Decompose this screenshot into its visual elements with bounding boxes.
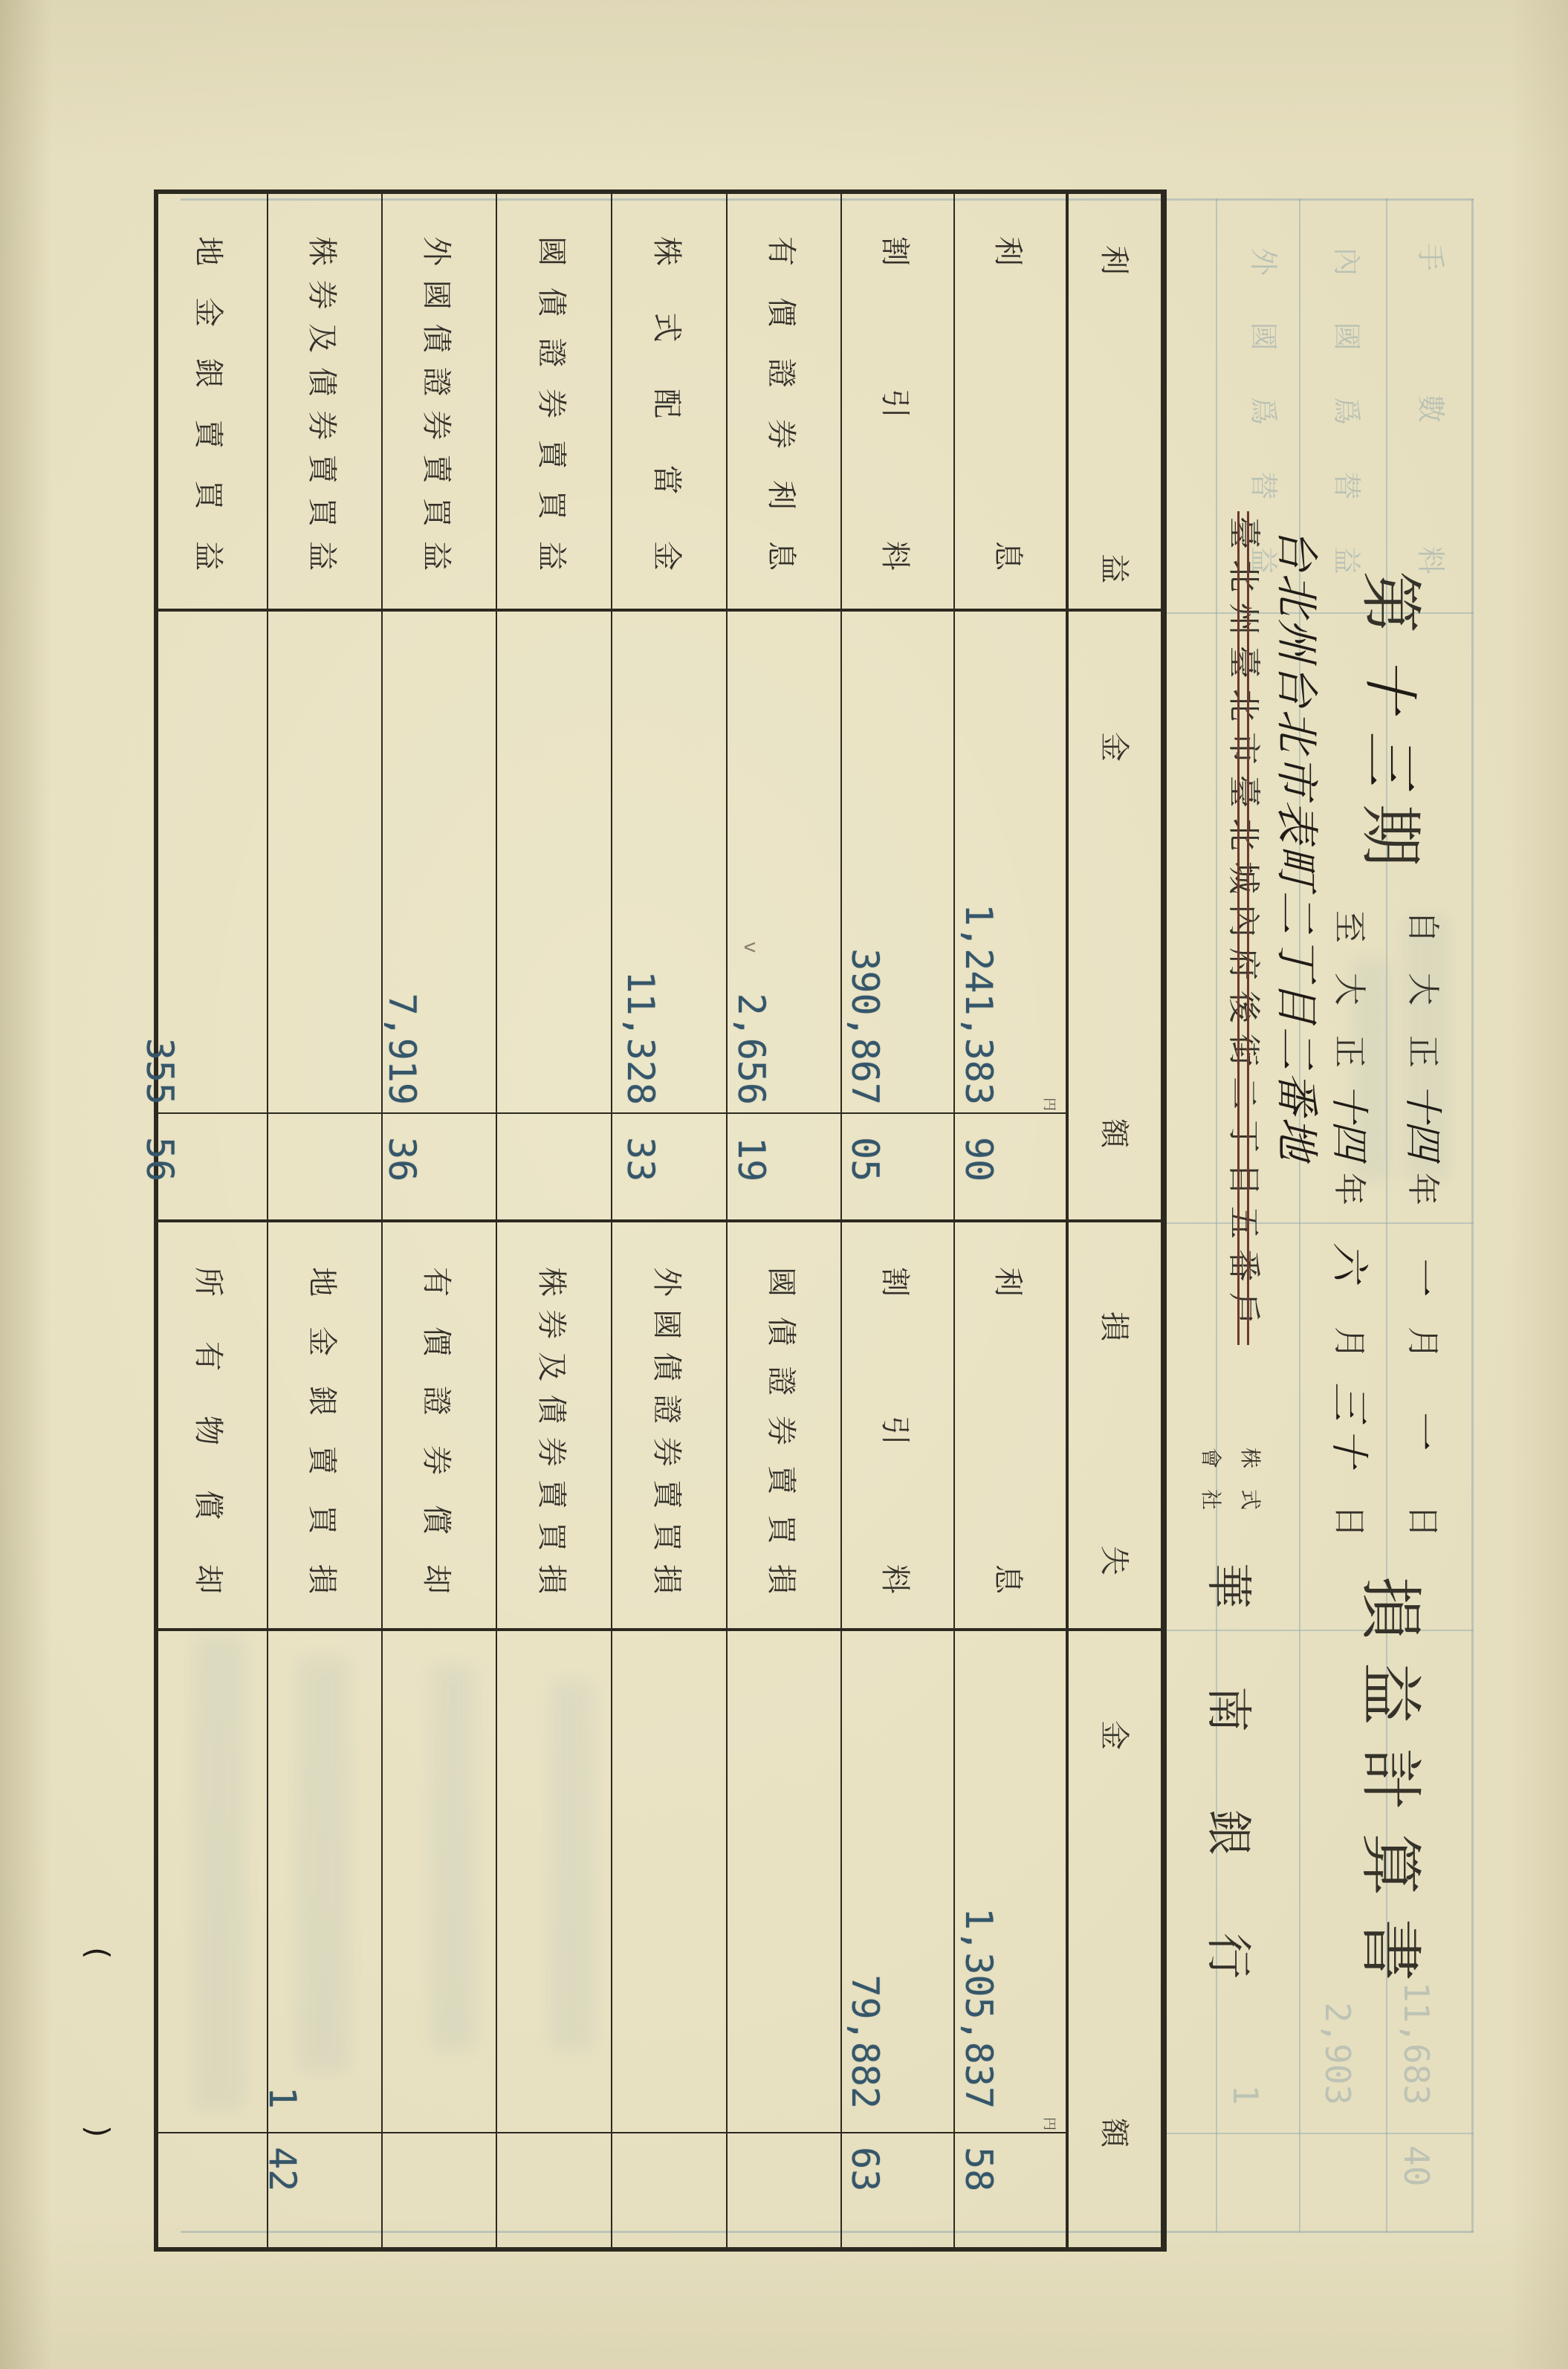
char: 式 bbox=[648, 313, 690, 343]
date-to-day-unit: 日 bbox=[1332, 1505, 1365, 1537]
document-title: 損益計算書 bbox=[1359, 1577, 1422, 2004]
loss-item: 外國債證券賣買損 bbox=[612, 1267, 727, 1594]
loss-amount-sen: 42 bbox=[264, 2147, 301, 2191]
char: 當 bbox=[648, 465, 690, 495]
char: 國 bbox=[648, 1309, 690, 1339]
char: 券 bbox=[533, 389, 575, 418]
page-bracket-close: ) bbox=[82, 2125, 113, 2137]
char: 息 bbox=[990, 541, 1032, 571]
profit-amount-sen: 33 bbox=[622, 1137, 659, 1182]
char: 賣 bbox=[533, 1480, 575, 1509]
char: 金 bbox=[304, 1326, 346, 1356]
date-to-month-unit: 月 bbox=[1332, 1326, 1365, 1359]
char: 賣 bbox=[304, 454, 346, 484]
char: 配 bbox=[648, 389, 690, 418]
char: 數 bbox=[1416, 395, 1445, 423]
profit-amount-yen: 2,656 bbox=[733, 993, 770, 1105]
table-row: 國債證券賣買益 株券及債券賣買損 bbox=[496, 189, 612, 2252]
char: 證 bbox=[418, 367, 461, 397]
char: 買 bbox=[648, 1522, 690, 1552]
char: 買 bbox=[533, 490, 575, 520]
char: 料 bbox=[877, 1564, 919, 1594]
char: 金 bbox=[189, 297, 232, 327]
char: 國 bbox=[418, 280, 461, 310]
char: 債 bbox=[533, 287, 575, 317]
scanned-page: 手數料 內國爲替益 外國爲替益 11,683 40 2,903 1 第 十三 期… bbox=[0, 0, 1568, 2369]
char: 有 bbox=[189, 1341, 232, 1371]
char: 債 bbox=[648, 1352, 690, 1381]
char: 券 bbox=[304, 410, 346, 440]
address-printed-struck: 臺北州臺北市臺北城內府後街二丁目五番戶 bbox=[1227, 516, 1260, 1335]
loss-item: 所有物償却 bbox=[154, 1267, 268, 1594]
profit-item: 割引料 bbox=[841, 236, 954, 571]
char: 券 bbox=[763, 419, 806, 449]
char: 證 bbox=[648, 1394, 690, 1424]
char: 證 bbox=[418, 1386, 461, 1416]
char: 損 bbox=[648, 1564, 690, 1594]
profit-item: 有價證券利息 bbox=[727, 236, 841, 571]
char: 買 bbox=[304, 1505, 346, 1534]
char: 手 bbox=[1416, 243, 1445, 271]
char: 株 bbox=[648, 236, 690, 266]
char: 買 bbox=[304, 497, 346, 527]
char: 內 bbox=[1332, 247, 1361, 276]
char: 買 bbox=[418, 497, 461, 527]
loss-item: 有價證券償却 bbox=[382, 1267, 496, 1594]
page-bracket-open: ( bbox=[82, 1947, 113, 1959]
char: 償 bbox=[189, 1490, 232, 1520]
profit-amount-sen: 36 bbox=[383, 1137, 421, 1182]
table-row: 利息 1,241,383 90 利息 1,305,837 58 bbox=[954, 189, 1067, 2252]
ghost-rule bbox=[1471, 198, 1474, 2232]
char: 債 bbox=[418, 323, 461, 353]
strikethrough-line bbox=[1248, 511, 1250, 1345]
date-to-year-unit: 年 bbox=[1332, 1173, 1365, 1205]
ghost-rule bbox=[1167, 2133, 1474, 2134]
date-to-month: 六 bbox=[1329, 1242, 1368, 1281]
date-from-month: 一 bbox=[1403, 1254, 1442, 1293]
table-row: 割引料 390,867 05 割引料 79,882 63 bbox=[841, 189, 954, 2252]
char: 償 bbox=[418, 1505, 461, 1534]
char: 券 bbox=[763, 1416, 806, 1445]
char: 券 bbox=[418, 1445, 461, 1475]
char: 債 bbox=[304, 367, 346, 397]
date-from-month-unit: 月 bbox=[1406, 1326, 1439, 1359]
profit-amount-sen: 19 bbox=[733, 1137, 770, 1182]
profit-amount-sen: 90 bbox=[960, 1137, 997, 1182]
char: 却 bbox=[189, 1564, 232, 1594]
char: 爲 bbox=[1332, 397, 1361, 425]
loss-item: 國債證券賣買損 bbox=[727, 1267, 841, 1594]
char: 賣 bbox=[418, 454, 461, 484]
char: 爲 bbox=[1249, 397, 1277, 425]
char: 息 bbox=[990, 1564, 1032, 1594]
char: 價 bbox=[418, 1326, 461, 1356]
char: 株 bbox=[533, 1267, 575, 1297]
char: 損 bbox=[304, 1564, 346, 1594]
loss-item: 割引料 bbox=[841, 1267, 954, 1594]
profit-amount-yen: 390,867 bbox=[846, 948, 884, 1105]
char: 利 bbox=[990, 236, 1032, 266]
char: 金 bbox=[1096, 732, 1138, 762]
profit-amount-sen: 05 bbox=[846, 1137, 884, 1182]
char: 外 bbox=[418, 236, 461, 266]
char: 地 bbox=[189, 236, 232, 266]
profit-amount-yen: 11,328 bbox=[622, 970, 659, 1105]
profit-loss-table: 利益 金額 損失 金額 円 円 v 利息 1,241,383 90 利息 1,3… bbox=[154, 189, 1167, 2252]
char: 却 bbox=[418, 1564, 461, 1594]
char: 損 bbox=[1096, 1312, 1138, 1341]
profit-item: 地金銀賣買益 bbox=[154, 236, 268, 571]
char: 買 bbox=[189, 480, 232, 510]
char: 買 bbox=[763, 1514, 806, 1544]
table-row: 有價證券利息 2,656 19 國債證券賣買損 bbox=[727, 189, 841, 2252]
ghost-amount: 2,903 bbox=[1321, 2003, 1355, 2105]
char: 額 bbox=[1096, 1118, 1138, 1148]
date-to-day: 三十 bbox=[1329, 1382, 1368, 1474]
profit-item: 外國債證券賣買益 bbox=[382, 236, 496, 571]
char: 券 bbox=[304, 280, 346, 310]
char: 株 bbox=[304, 236, 346, 266]
char: 額 bbox=[1096, 2118, 1138, 2148]
char: 及 bbox=[304, 323, 346, 353]
char: 買 bbox=[533, 1522, 575, 1552]
loss-item: 地金銀賣買損 bbox=[268, 1267, 382, 1594]
char: 利 bbox=[763, 480, 806, 510]
date-from-day-unit: 日 bbox=[1406, 1505, 1439, 1537]
char: 賣 bbox=[533, 439, 575, 469]
char: 引 bbox=[877, 1416, 919, 1445]
char: 損 bbox=[533, 1564, 575, 1594]
char: 賣 bbox=[648, 1480, 690, 1509]
date-from-year-unit: 年 bbox=[1406, 1173, 1439, 1205]
char: 益 bbox=[304, 541, 346, 571]
address-handwritten: 台北州台北市表町二丁目二番地 bbox=[1275, 528, 1318, 1162]
char: 證 bbox=[763, 358, 806, 388]
char: 有 bbox=[763, 236, 806, 266]
char: 外 bbox=[1249, 247, 1277, 276]
loss-amount-yen: 1,305,837 bbox=[960, 1908, 997, 2109]
char: 銀 bbox=[189, 358, 232, 388]
char: 失 bbox=[1096, 1546, 1138, 1575]
char: 券 bbox=[418, 410, 461, 440]
char: 替 bbox=[1249, 471, 1277, 499]
char: 割 bbox=[877, 1267, 919, 1297]
table-row: 株券及債券賣買益 地金銀賣買損 1 42 bbox=[268, 189, 382, 2252]
char: 益 bbox=[1096, 554, 1138, 583]
char: 券 bbox=[533, 1309, 575, 1339]
loss-amount-yen: 1 bbox=[264, 2087, 301, 2109]
char: 料 bbox=[877, 541, 919, 571]
char: 割 bbox=[877, 236, 919, 266]
column-header-profit-amount: 金額 bbox=[1067, 732, 1167, 1148]
profit-amount-sen: 56 bbox=[141, 1137, 178, 1182]
char: 替 bbox=[1332, 471, 1361, 499]
profit-amount-yen: 355 bbox=[141, 1038, 178, 1105]
ghost-amount: 1 bbox=[1228, 2084, 1263, 2105]
date-to-prefix: 至大正 bbox=[1332, 910, 1365, 1098]
table-row: 地金銀賣買益 355 56 所有物償却 bbox=[154, 189, 268, 2252]
company-type-line2: 會社 bbox=[1200, 1448, 1221, 1531]
char: 證 bbox=[763, 1366, 806, 1396]
table-row: 外國債證券賣買益 7,919 36 有價證券償却 bbox=[382, 189, 496, 2252]
date-to-year: 十四 bbox=[1329, 1083, 1368, 1158]
char: 益 bbox=[533, 541, 575, 571]
company-name: 華南銀行 bbox=[1205, 1563, 1251, 2056]
ghost-rule bbox=[1299, 198, 1300, 2232]
date-from-prefix: 自大正 bbox=[1406, 910, 1439, 1098]
loss-item: 利息 bbox=[954, 1267, 1067, 1594]
loss-item: 株券及債券賣買損 bbox=[496, 1267, 612, 1594]
ghost-label: 內國爲替益 bbox=[1332, 247, 1361, 574]
char: 地 bbox=[304, 1267, 346, 1297]
char: 金 bbox=[1096, 1720, 1138, 1750]
char: 國 bbox=[1332, 322, 1361, 350]
loss-amount-sen: 63 bbox=[846, 2147, 884, 2191]
char: 國 bbox=[533, 236, 575, 266]
char: 利 bbox=[1096, 245, 1138, 275]
char: 銀 bbox=[304, 1386, 346, 1416]
char: 引 bbox=[877, 389, 919, 418]
loss-amount-yen: 79,882 bbox=[846, 1974, 884, 2109]
profit-item: 利息 bbox=[954, 236, 1067, 571]
char: 利 bbox=[990, 1267, 1032, 1297]
profit-item: 株券及債券賣買益 bbox=[268, 236, 382, 571]
char: 券 bbox=[648, 1437, 690, 1467]
date-from-year: 十四 bbox=[1403, 1083, 1442, 1158]
column-header-loss: 損失 bbox=[1067, 1312, 1167, 1575]
char: 益 bbox=[189, 541, 232, 571]
char: 益 bbox=[418, 541, 461, 571]
char: 國 bbox=[763, 1267, 806, 1297]
char: 賣 bbox=[304, 1445, 346, 1475]
char: 證 bbox=[533, 338, 575, 368]
column-header-profit: 利益 bbox=[1067, 245, 1167, 583]
char: 賣 bbox=[763, 1465, 806, 1495]
char: 國 bbox=[1249, 322, 1277, 350]
char: 有 bbox=[418, 1267, 461, 1297]
char: 所 bbox=[189, 1267, 232, 1297]
char: 外 bbox=[648, 1267, 690, 1297]
column-header-loss-amount: 金額 bbox=[1067, 1720, 1167, 2148]
profit-item: 國債證券賣買益 bbox=[496, 236, 612, 571]
profit-amount-yen: 7,919 bbox=[383, 993, 421, 1105]
profit-item: 株式配當金 bbox=[612, 236, 727, 571]
ghost-rule bbox=[1167, 1222, 1474, 1224]
char: 債 bbox=[763, 1317, 806, 1346]
period-suffix: 期 bbox=[1359, 804, 1422, 866]
date-from-day: 一 bbox=[1403, 1408, 1442, 1447]
profit-amount-yen: 1,241,383 bbox=[960, 904, 997, 1105]
table-row: 株式配當金 11,328 33 外國債證券賣買損 bbox=[612, 189, 727, 2252]
char: 賣 bbox=[189, 419, 232, 449]
char: 債 bbox=[533, 1394, 575, 1424]
char: 損 bbox=[763, 1564, 806, 1594]
char: 物 bbox=[189, 1416, 232, 1445]
ghost-amount-sen: 40 bbox=[1399, 2145, 1433, 2186]
ghost-label: 手數料 bbox=[1416, 243, 1445, 574]
char: 券 bbox=[533, 1437, 575, 1467]
strikethrough-line bbox=[1238, 511, 1240, 1345]
loss-amount-sen: 58 bbox=[960, 2147, 997, 2191]
char: 息 bbox=[763, 541, 806, 571]
char: 及 bbox=[533, 1352, 575, 1381]
char: 價 bbox=[763, 297, 806, 327]
char: 金 bbox=[648, 541, 690, 571]
period-number-handwritten: 十三 bbox=[1362, 657, 1417, 806]
company-type-line1: 株式 bbox=[1240, 1448, 1260, 1531]
period-prefix: 第 bbox=[1359, 571, 1422, 633]
